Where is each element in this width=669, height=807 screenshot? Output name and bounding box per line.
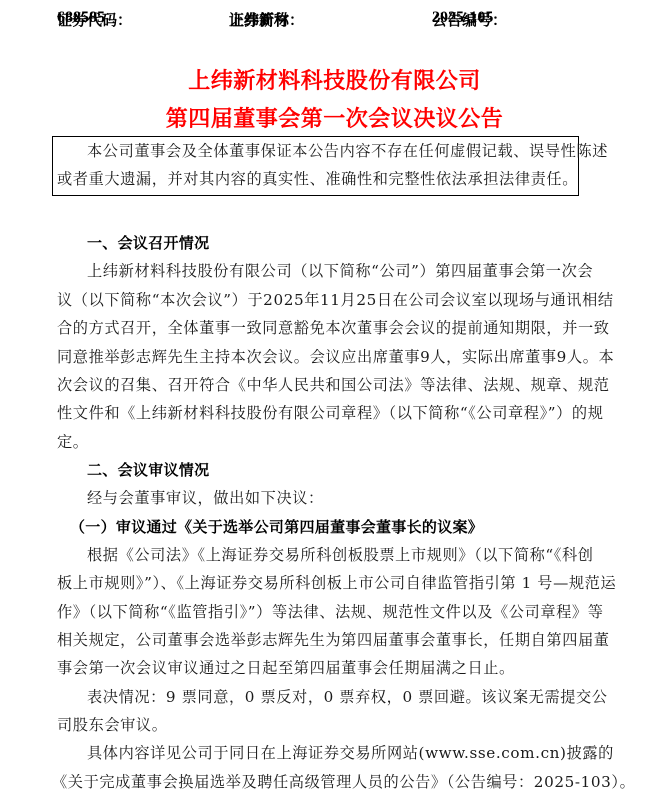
paragraph-line: 经与会董事审议，做出如下决议：	[87, 488, 577, 508]
paragraph-line: 同意推举彭志辉先生主持本次会议。会议应出席董事9人，实际出席董事9人。本	[57, 347, 577, 367]
section-heading-meeting-convening: 一、会议召开情况	[87, 233, 577, 253]
resolution-heading: （一）审议通过《关于选举公司第四届董事会董事长的议案》	[70, 517, 590, 537]
section-heading-meeting-review: 二、会议审议情况	[87, 460, 577, 480]
vote-result-line: 表决情况：9 票同意，0 票反对，0 票弃权，0 票回避。该议案无需提交公	[87, 687, 577, 707]
paragraph-line: 定。	[57, 432, 577, 452]
paragraph-line: 性文件和《上纬新材料科技股份有限公司章程》（以下简称“《公司章程》”）的规	[57, 403, 577, 423]
detail-line: 具体内容详见公司于同日在上海证券交易所网站(www.sse.com.cn)披露的	[87, 743, 577, 763]
company-title: 上纬新材料科技股份有限公司	[0, 64, 669, 95]
paragraph-line: 板上市规则》”）、《上海证券交易所科创板上市公司自律监管指引第 1 号—规范运	[57, 573, 577, 593]
announcement-header: 证券代码：688585 证券简称：上纬新材 公告编号：2025-105	[57, 9, 617, 35]
detail-line: 《关于完成董事会换届选举及聘任高级管理人员的公告》（公告编号：2025-103）…	[52, 772, 572, 792]
paragraph-line: 作》（以下简称“《监管指引》”）等法律、法规、规范性文件以及《公司章程》等	[57, 602, 577, 622]
paragraph-line: 事会第一次会议审议通过之日起至第四届董事会任期届满之日止。	[57, 658, 577, 678]
stock-short-value: 上纬新材	[229, 9, 289, 30]
paragraph-line: 合的方式召开，全体董事一致同意豁免本次董事会会议的提前通知期限，并一致	[57, 318, 577, 338]
announcement-title: 第四届董事会第一次会议决议公告	[0, 102, 669, 133]
announcement-number-value: 2025-105	[432, 9, 493, 27]
paragraph-line: 议（以下简称“本次会议”）于2025年11月25日在公司会议室以现场与通讯相结	[57, 290, 577, 310]
paragraph-line: 相关规定，公司董事会选举彭志辉先生为第四届董事会董事长，任期自第四届董	[57, 630, 577, 650]
paragraph-line: 次会议的召集、召开符合《中华人民共和国公司法》等法律、法规、规章、规范	[57, 375, 577, 395]
paragraph-line: 根据《公司法》《上海证券交易所科创板股票上市规则》（以下简称“《科创	[87, 545, 577, 565]
disclaimer-line: 本公司董事会及全体董事保证本公告内容不存在任何虚假记载、误导性陈述	[87, 141, 577, 161]
stock-code-value: 688585	[57, 9, 105, 27]
paragraph-line: 上纬新材料科技股份有限公司（以下简称“公司”）第四届董事会第一次会	[87, 261, 577, 281]
disclaimer-line: 或者重大遗漏，并对其内容的真实性、准确性和完整性依法承担法律责任。	[57, 169, 577, 189]
vote-result-line: 司股东会审议。	[57, 715, 577, 735]
